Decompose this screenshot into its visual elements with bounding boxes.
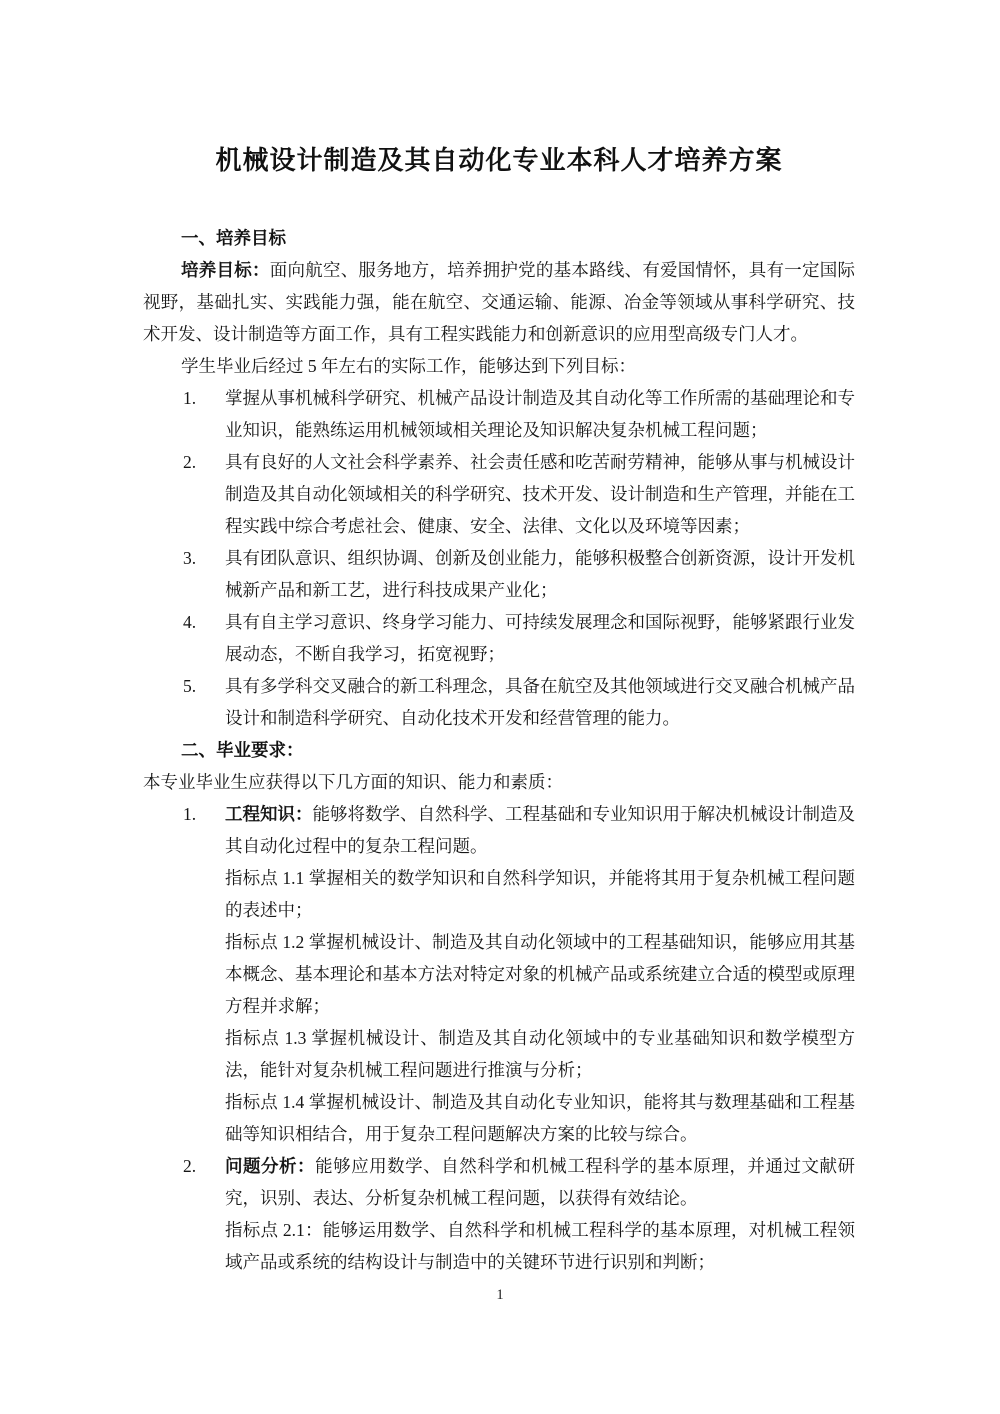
indicator-1-1: 指标点 1.1 掌握相关的数学知识和自然科学知识，并能将其用于复杂机械工程问题的…: [225, 862, 855, 926]
requirement-label: 工程知识：: [225, 804, 313, 824]
requirements-intro: 本专业毕业生应获得以下几方面的知识、能力和素质：: [143, 766, 855, 798]
indicator-1-3: 指标点 1.3 掌握机械设计、制造及其自动化领域中的专业基础知识和数学模型方法，…: [225, 1022, 855, 1086]
requirement-description: 能够应用数学、自然科学和机械工程科学的基本原理，并通过文献研究，识别、表达、分析…: [225, 1156, 855, 1208]
section2-heading: 二、毕业要求：: [143, 734, 855, 766]
goal-number: 2.: [183, 446, 225, 542]
goal-number: 4.: [183, 606, 225, 670]
goal-text: 具有自主学习意识、终身学习能力、可持续发展理念和国际视野，能够紧跟行业发展动态，…: [225, 606, 855, 670]
requirement-text: 工程知识：能够将数学、自然科学、工程基础和专业知识用于解决机械设计制造及其自动化…: [225, 798, 855, 862]
requirement-text: 问题分析：能够应用数学、自然科学和机械工程科学的基本原理，并通过文献研究，识别、…: [225, 1150, 855, 1214]
document-title: 机械设计制造及其自动化专业本科人才培养方案: [143, 140, 855, 180]
requirement-item-2: 2. 问题分析：能够应用数学、自然科学和机械工程科学的基本原理，并通过文献研究，…: [143, 1150, 855, 1278]
document-page: 机械设计制造及其自动化专业本科人才培养方案 一、培养目标 培养目标：面向航空、服…: [0, 0, 1000, 1414]
objective-paragraph: 培养目标：面向航空、服务地方，培养拥护党的基本路线、有爱国情怀，具有一定国际视野…: [143, 254, 855, 350]
goal-number: 3.: [183, 542, 225, 606]
goal-text: 具有良好的人文社会科学素养、社会责任感和吃苦耐劳精神，能够从事与机械设计制造及其…: [225, 446, 855, 542]
goal-text: 具有多学科交叉融合的新工科理念，具备在航空及其他领域进行交叉融合机械产品设计和制…: [225, 670, 855, 734]
requirement-body: 问题分析：能够应用数学、自然科学和机械工程科学的基本原理，并通过文献研究，识别、…: [225, 1150, 855, 1278]
goals-intro: 学生毕业后经过 5 年左右的实际工作，能够达到下列目标：: [143, 350, 855, 382]
requirement-label: 问题分析：: [225, 1156, 315, 1176]
goal-text: 具有团队意识、组织协调、创新及创业能力，能够积极整合创新资源，设计开发机械新产品…: [225, 542, 855, 606]
requirement-number: 2.: [183, 1150, 225, 1278]
goal-item-2: 2. 具有良好的人文社会科学素养、社会责任感和吃苦耐劳精神，能够从事与机械设计制…: [143, 446, 855, 542]
requirement-item-1: 1. 工程知识：能够将数学、自然科学、工程基础和专业知识用于解决机械设计制造及其…: [143, 798, 855, 1150]
goal-item-3: 3. 具有团队意识、组织协调、创新及创业能力，能够积极整合创新资源，设计开发机械…: [143, 542, 855, 606]
goal-item-1: 1. 掌握从事机械科学研究、机械产品设计制造及其自动化等工作所需的基础理论和专业…: [143, 382, 855, 446]
section1-heading: 一、培养目标: [143, 222, 855, 254]
goal-number: 1.: [183, 382, 225, 446]
goal-number: 5.: [183, 670, 225, 734]
requirement-description: 能够将数学、自然科学、工程基础和专业知识用于解决机械设计制造及其自动化过程中的复…: [225, 804, 855, 856]
objective-label: 培养目标：: [181, 260, 270, 280]
page-number: 1: [0, 1284, 1000, 1306]
indicator-1-4: 指标点 1.4 掌握机械设计、制造及其自动化专业知识，能将其与数理基础和工程基础…: [225, 1086, 855, 1150]
goal-item-4: 4. 具有自主学习意识、终身学习能力、可持续发展理念和国际视野，能够紧跟行业发展…: [143, 606, 855, 670]
indicator-1-2: 指标点 1.2 掌握机械设计、制造及其自动化领域中的工程基础知识，能够应用其基本…: [225, 926, 855, 1022]
indicator-2-1: 指标点 2.1：能够运用数学、自然科学和机械工程科学的基本原理，对机械工程领域产…: [225, 1214, 855, 1278]
requirement-number: 1.: [183, 798, 225, 1150]
goal-text: 掌握从事机械科学研究、机械产品设计制造及其自动化等工作所需的基础理论和专业知识，…: [225, 382, 855, 446]
goal-item-5: 5. 具有多学科交叉融合的新工科理念，具备在航空及其他领域进行交叉融合机械产品设…: [143, 670, 855, 734]
requirement-body: 工程知识：能够将数学、自然科学、工程基础和专业知识用于解决机械设计制造及其自动化…: [225, 798, 855, 1150]
